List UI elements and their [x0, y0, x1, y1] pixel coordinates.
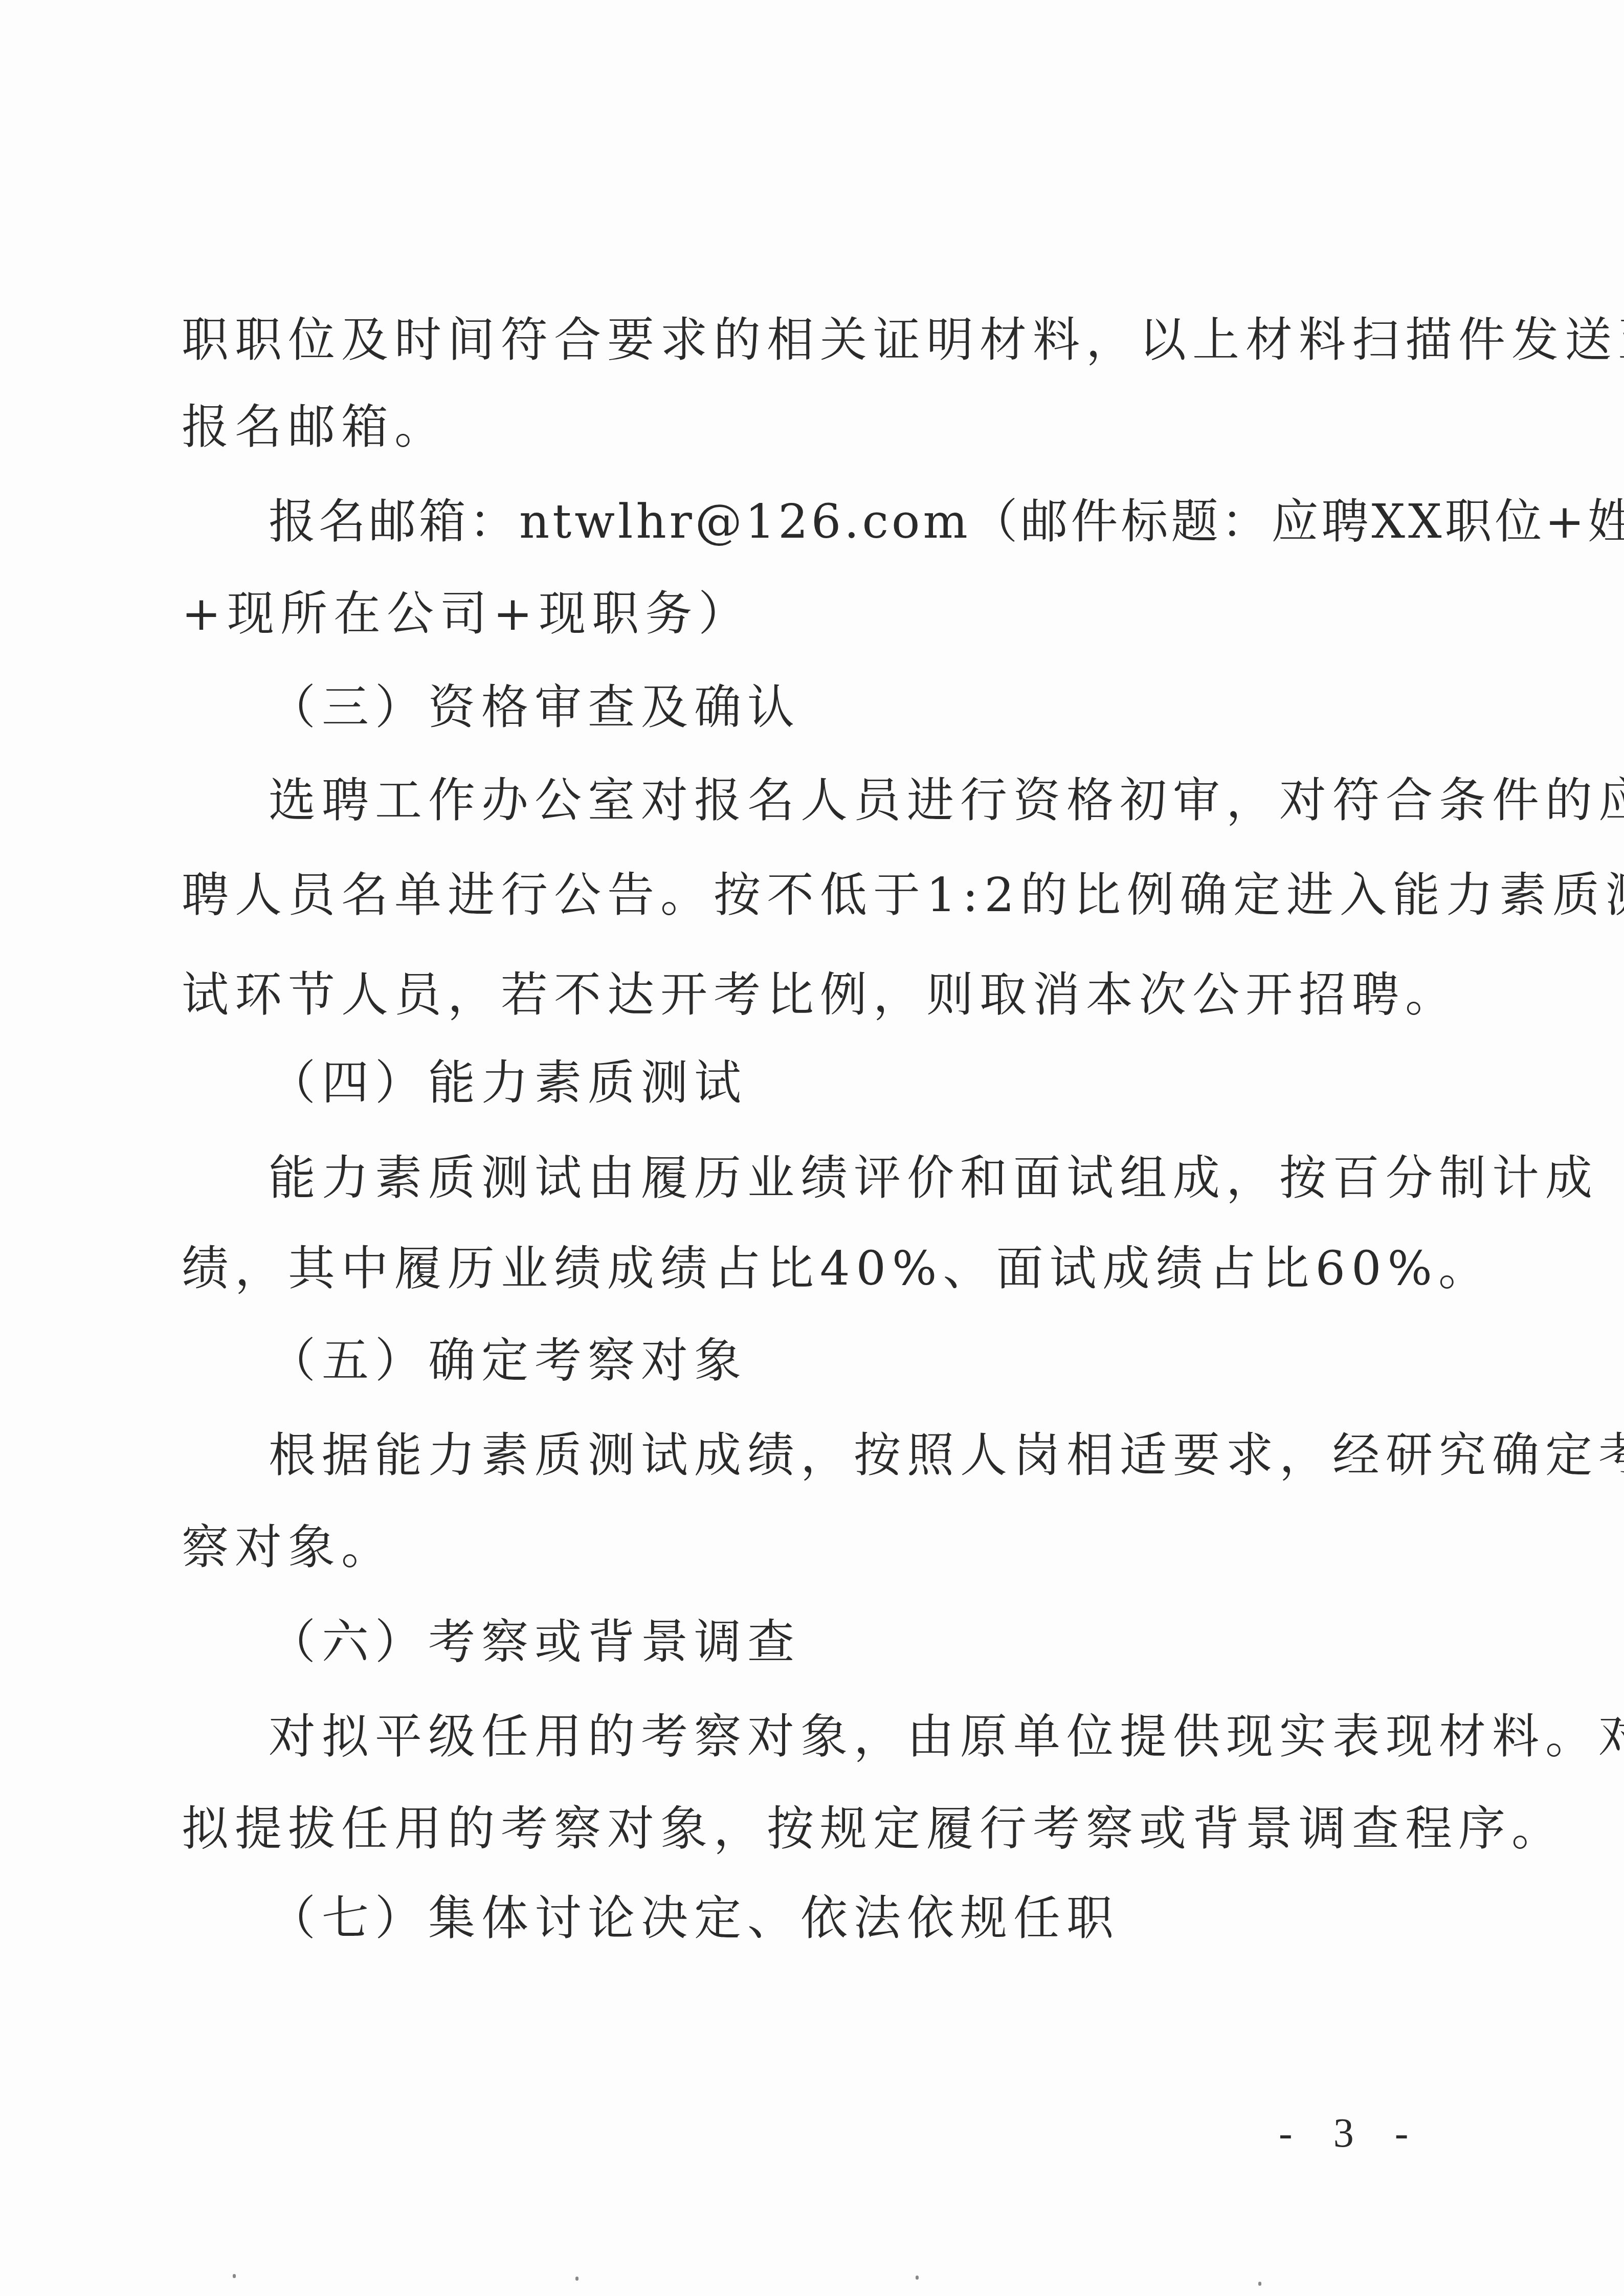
section-heading-5: （五）确定考察对象 — [269, 1333, 1476, 1389]
section-heading-6: （六）考察或背景调查 — [269, 1614, 1476, 1670]
paragraph-line: +现所在公司+现职务） — [182, 586, 1389, 642]
scan-speck — [575, 2277, 579, 2281]
scan-speck — [1258, 2282, 1261, 2286]
paragraph-line: 报名邮箱。 — [182, 399, 1389, 455]
paragraph-line: 职职位及时间符合要求的相关证明材料，以上材料扫描件发送至 — [182, 312, 1389, 368]
section-heading-3: （三）资格审查及确认 — [269, 679, 1476, 736]
page-number: - 3 - — [1279, 2110, 1423, 2157]
paragraph-line: 试环节人员，若不达开考比例，则取消本次公开招聘。 — [182, 967, 1389, 1023]
email-line: 报名邮箱：ntwlhr@126.com（邮件标题：应聘XX职位+姓名 — [269, 494, 1389, 550]
paragraph-line: 能力素质测试由履历业绩评价和面试组成，按百分制计成 — [269, 1150, 1389, 1206]
paragraph-line: 选聘工作办公室对报名人员进行资格初审，对符合条件的应 — [269, 772, 1389, 829]
paragraph-line: 聘人员名单进行公告。按不低于1:2的比例确定进入能力素质测 — [182, 867, 1389, 923]
paragraph-line: 绩，其中履历业绩成绩占比40%、面试成绩占比60%。 — [182, 1241, 1389, 1297]
paragraph-line: 根据能力素质测试成绩，按照人岗相适要求，经研究确定考 — [269, 1427, 1389, 1484]
document-page: 职职位及时间符合要求的相关证明材料，以上材料扫描件发送至 报名邮箱。 报名邮箱：… — [0, 0, 1624, 2296]
section-heading-4: （四）能力素质测试 — [269, 1055, 1476, 1111]
scan-speck — [233, 2274, 236, 2278]
scan-speck — [916, 2276, 919, 2280]
section-heading-7: （七）集体讨论决定、依法依规任职 — [269, 1890, 1476, 1947]
paragraph-line: 对拟平级任用的考察对象，由原单位提供现实表现材料。对 — [269, 1709, 1389, 1765]
paragraph-line: 察对象。 — [182, 1519, 1389, 1576]
paragraph-line: 拟提拔任用的考察对象，按规定履行考察或背景调查程序。 — [182, 1801, 1389, 1857]
